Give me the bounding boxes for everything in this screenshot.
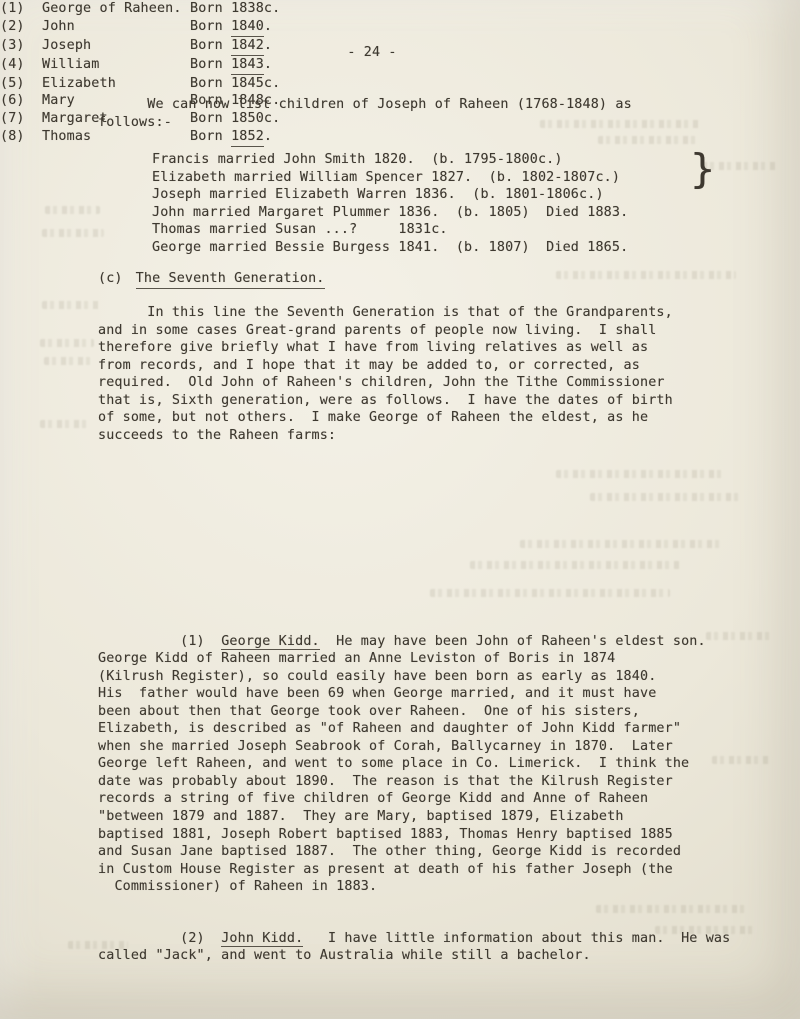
list-item: (2)JohnBorn 1840.	[0, 18, 800, 37]
bleedthrough-mark	[556, 271, 736, 279]
section-heading: (c) The Seventh Generation.	[98, 270, 325, 289]
george-kidd-paragraph: (1) George Kidd. He may have been John o…	[98, 615, 758, 913]
bleedthrough-mark	[556, 470, 726, 478]
paragraph-prefix: (1)	[131, 634, 221, 649]
bleedthrough-mark	[520, 540, 720, 548]
george-kidd-name: George Kidd.	[221, 634, 320, 651]
scanned-document-page: - 24 - We can now list children of Josep…	[0, 0, 800, 1019]
john-kidd-paragraph: (2) John Kidd. I have little information…	[98, 912, 758, 982]
bleedthrough-mark	[598, 136, 698, 144]
bleedthrough-mark	[44, 357, 92, 365]
list-item: (5)ElizabethBorn 1845c.	[0, 75, 800, 93]
john-kidd-name: John Kidd.	[221, 931, 303, 948]
paragraph-prefix: (2)	[131, 931, 221, 946]
list-item: (1)George of Raheen.Born 1838c.	[0, 0, 800, 18]
grouping-brace-mark: }	[690, 149, 715, 189]
bleedthrough-mark	[470, 561, 680, 569]
bleedthrough-mark	[40, 420, 90, 428]
seventh-generation-paragraph: In this line the Seventh Generation is t…	[98, 304, 758, 444]
bleedthrough-mark	[430, 589, 670, 597]
section-label: (c)	[98, 270, 123, 289]
intro-paragraph: We can now list children of Joseph of Ra…	[98, 96, 758, 131]
bleedthrough-mark	[42, 301, 100, 309]
children-list: Francis married John Smith 1820. (b. 179…	[152, 151, 752, 256]
page-number: - 24 -	[0, 44, 744, 62]
bleedthrough-mark	[590, 493, 740, 501]
bleedthrough-mark	[42, 229, 104, 237]
bleedthrough-mark	[40, 339, 94, 347]
section-title: The Seventh Generation.	[136, 270, 325, 289]
paragraph-body: He may have been John of Raheen's eldest…	[98, 634, 706, 895]
bleedthrough-mark	[45, 206, 100, 214]
